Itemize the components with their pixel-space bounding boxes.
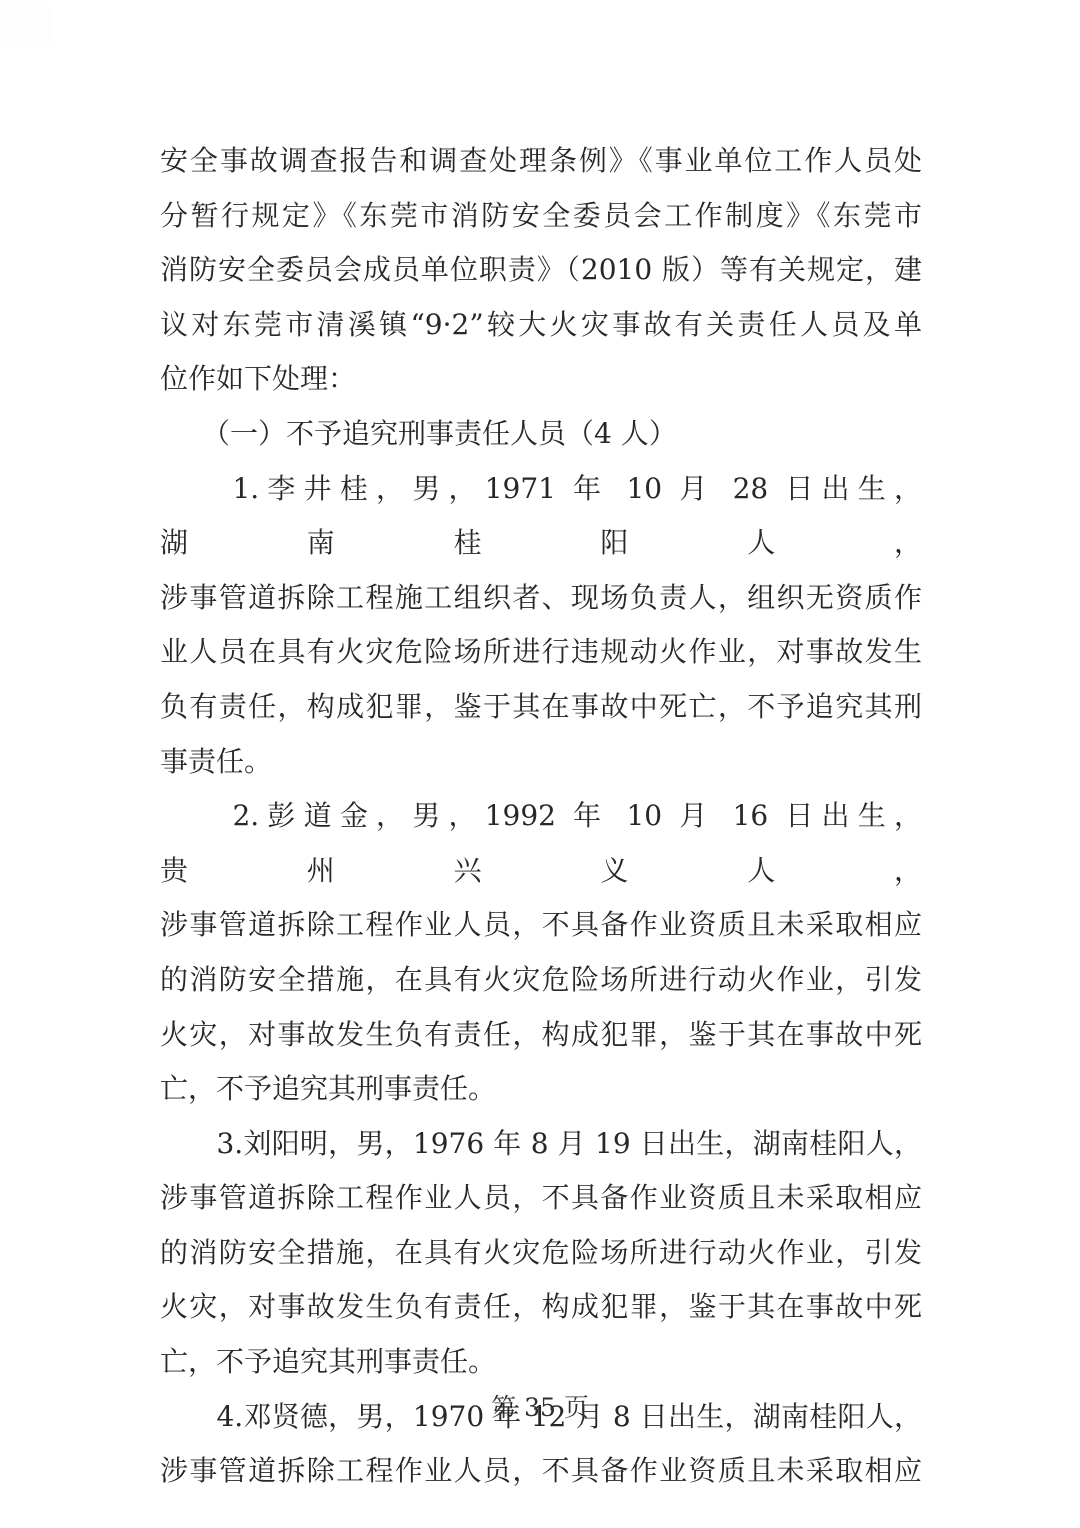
text-line: 安全事故调查报告和调查处理条例》《事业单位工作人员处 bbox=[160, 134, 922, 189]
text-line: 涉事管道拆除工程作业人员，不具备作业资质且未采取相应 bbox=[160, 898, 922, 953]
text-line: 分暂行规定》《东莞市消防安全委员会工作制度》《东莞市 bbox=[160, 189, 922, 244]
text-line: 2.彭道金，男，1992 年 10 月 16 日出生，贵州兴义人， bbox=[160, 789, 922, 898]
text-line: 的消防安全措施，在具有火灾危险场所进行动火作业，引发 bbox=[160, 1226, 922, 1281]
text-line: 业人员在具有火灾危险场所进行违规动火作业，对事故发生 bbox=[160, 625, 922, 680]
text-line: 事责任。 bbox=[160, 735, 922, 790]
text-line: 3.刘阳明，男，1976 年 8 月 19 日出生，湖南桂阳人， bbox=[160, 1117, 922, 1172]
page-corner-artifact bbox=[0, 6, 50, 46]
text-line: 涉事管道拆除工程作业人员，不具备作业资质且未采取相应 bbox=[160, 1444, 922, 1499]
text-line: 的消防安全措施，在具有火灾危险场所进行动火作业，引发 bbox=[160, 953, 922, 1008]
text-line: 负有责任，构成犯罪，鉴于其在事故中死亡，不予追究其刑 bbox=[160, 680, 922, 735]
text-line: 火灾，对事故发生负有责任，构成犯罪，鉴于其在事故中死 bbox=[160, 1008, 922, 1063]
text-line: 亡，不予追究其刑事责任。 bbox=[160, 1335, 922, 1390]
paragraph: 2.彭道金，男，1992 年 10 月 16 日出生，贵州兴义人，涉事管道拆除工… bbox=[160, 789, 922, 1117]
text-line: 1.李井桂，男，1971 年 10 月 28 日出生，湖南桂阳人， bbox=[160, 462, 922, 571]
paragraph: 3.刘阳明，男，1976 年 8 月 19 日出生，湖南桂阳人，涉事管道拆除工程… bbox=[160, 1117, 922, 1390]
text-line: 亡，不予追究其刑事责任。 bbox=[160, 1062, 922, 1117]
document-page: 安全事故调查报告和调查处理条例》《事业单位工作人员处分暂行规定》《东莞市消防安全… bbox=[0, 0, 1080, 1528]
paragraph: 安全事故调查报告和调查处理条例》《事业单位工作人员处分暂行规定》《东莞市消防安全… bbox=[160, 134, 922, 407]
document-body: 安全事故调查报告和调查处理条例》《事业单位工作人员处分暂行规定》《东莞市消防安全… bbox=[160, 134, 922, 1499]
text-line: 消防安全委员会成员单位职责》（2010 版）等有关规定，建 bbox=[160, 243, 922, 298]
text-line: 位作如下处理： bbox=[160, 352, 922, 407]
page-number: 第 35 页 bbox=[491, 1393, 589, 1422]
text-line: 涉事管道拆除工程作业人员，不具备作业资质且未采取相应 bbox=[160, 1171, 922, 1226]
paragraph: 1.李井桂，男，1971 年 10 月 28 日出生，湖南桂阳人，涉事管道拆除工… bbox=[160, 462, 922, 790]
page-footer: 第 35 页 bbox=[0, 1392, 1080, 1424]
text-line: 火灾，对事故发生负有责任，构成犯罪，鉴于其在事故中死 bbox=[160, 1280, 922, 1335]
text-line: 涉事管道拆除工程施工组织者、现场负责人，组织无资质作 bbox=[160, 571, 922, 626]
text-line: （一）不予追究刑事责任人员（4 人） bbox=[160, 407, 922, 462]
text-line: 议对东莞市清溪镇“9·2”较大火灾事故有关责任人员及单 bbox=[160, 298, 922, 353]
section-heading: （一）不予追究刑事责任人员（4 人） bbox=[160, 407, 922, 462]
